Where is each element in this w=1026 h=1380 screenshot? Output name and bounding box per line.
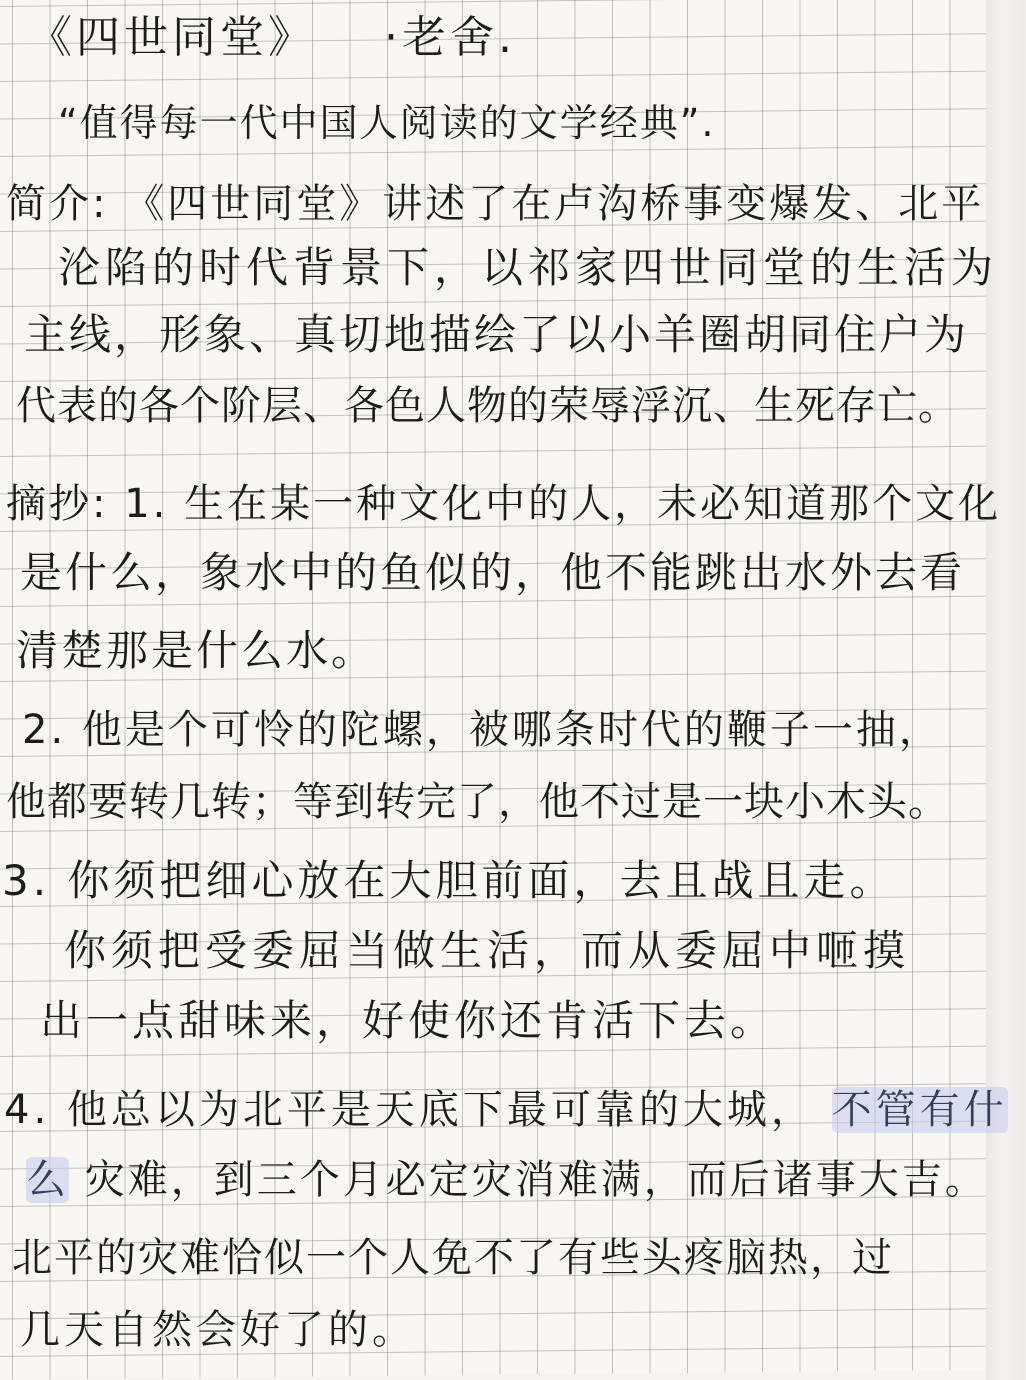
excerpt-line: 他总以为北平是天底下最可靠的大城， [67, 1087, 815, 1133]
excerpt-line: 是什么，象水中的鱼似的，他不能跳出水外去看 [20, 552, 965, 594]
excerpt-line: 你须把细心放在大胆前面，去且战且走。 [67, 856, 895, 905]
excerpt-3-first-line: 3. 你须把细心放在大胆前面，去且战且走。 [2, 860, 895, 902]
excerpt-number: 1. [124, 481, 168, 527]
intro-line: 主线，形象、真切地描绘了以小羊圈胡同住户为 [24, 314, 969, 356]
excerpt-line: 北平的灾难恰似一个人免不了有些头疼脑热，过 [12, 1238, 894, 1278]
excerpt-line: 他是个可怜的陀螺，被哪条时代的鞭子一抽， [82, 707, 942, 753]
excerpt-line: 出一点甜味来，好使你还肯活下去。 [40, 1000, 776, 1042]
excerpt-line: 他都要转几转；等到转完了，他不过是一块小木头。 [6, 782, 949, 822]
intro-line: 《四世同堂》讲述了在卢沟桥事变爆发、北平 [124, 181, 984, 227]
tagline: “值得每一代中国人阅读的文学经典”. [58, 104, 715, 142]
intro-first-line: 简介: 《四世同堂》讲述了在卢沟桥事变爆发、北平 [6, 184, 984, 224]
excerpt-2-first-line: 2. 他是个可怜的陀螺，被哪条时代的鞭子一抽， [22, 710, 942, 750]
intro-line: 代表的各个阶层、各色人物的荣辱浮沉、生死存亡。 [16, 386, 959, 426]
title-line: 《四世同堂》 ·老舍. [28, 16, 516, 60]
excerpt-number: 3. [2, 856, 50, 905]
excerpt-line: 你须把受委屈当做生活，而从委屈中咂摸 [64, 930, 910, 972]
excerpt-number: 2. [22, 707, 66, 753]
book-title: 《四世同堂》 [28, 12, 316, 63]
intro-label: 简介: [6, 181, 108, 227]
highlighted-text: 么 [26, 1157, 69, 1203]
highlighted-text: 不管有什 [832, 1087, 1008, 1133]
excerpt-number: 4. [4, 1087, 50, 1133]
excerpt-1-first-line: 摘抄: 1. 生在某一种文化中的人，未必知道那个文化 [6, 484, 1001, 524]
excerpts-label: 摘抄: [6, 481, 108, 527]
excerpt-line: 清楚那是什么水。 [16, 630, 376, 672]
intro-line: 沦陷的时代背景下，以祁家四世同堂的生活为 [58, 247, 998, 289]
excerpt-line: 灾难，到三个月必定灾消难满，而后诸事大吉。 [85, 1157, 988, 1203]
paper-edge [986, 0, 1026, 1380]
excerpt-4-second-line: 么 灾难，到三个月必定灾消难满，而后诸事大吉。 [26, 1160, 988, 1200]
excerpt-line: 几天自然会好了的。 [20, 1310, 416, 1350]
author: ·老舍. [384, 12, 516, 63]
excerpt-4-first-line: 4. 他总以为北平是天底下最可靠的大城， 不管有什 [4, 1090, 1008, 1130]
excerpt-line: 生在某一种文化中的人，未必知道那个文化 [184, 481, 1001, 527]
